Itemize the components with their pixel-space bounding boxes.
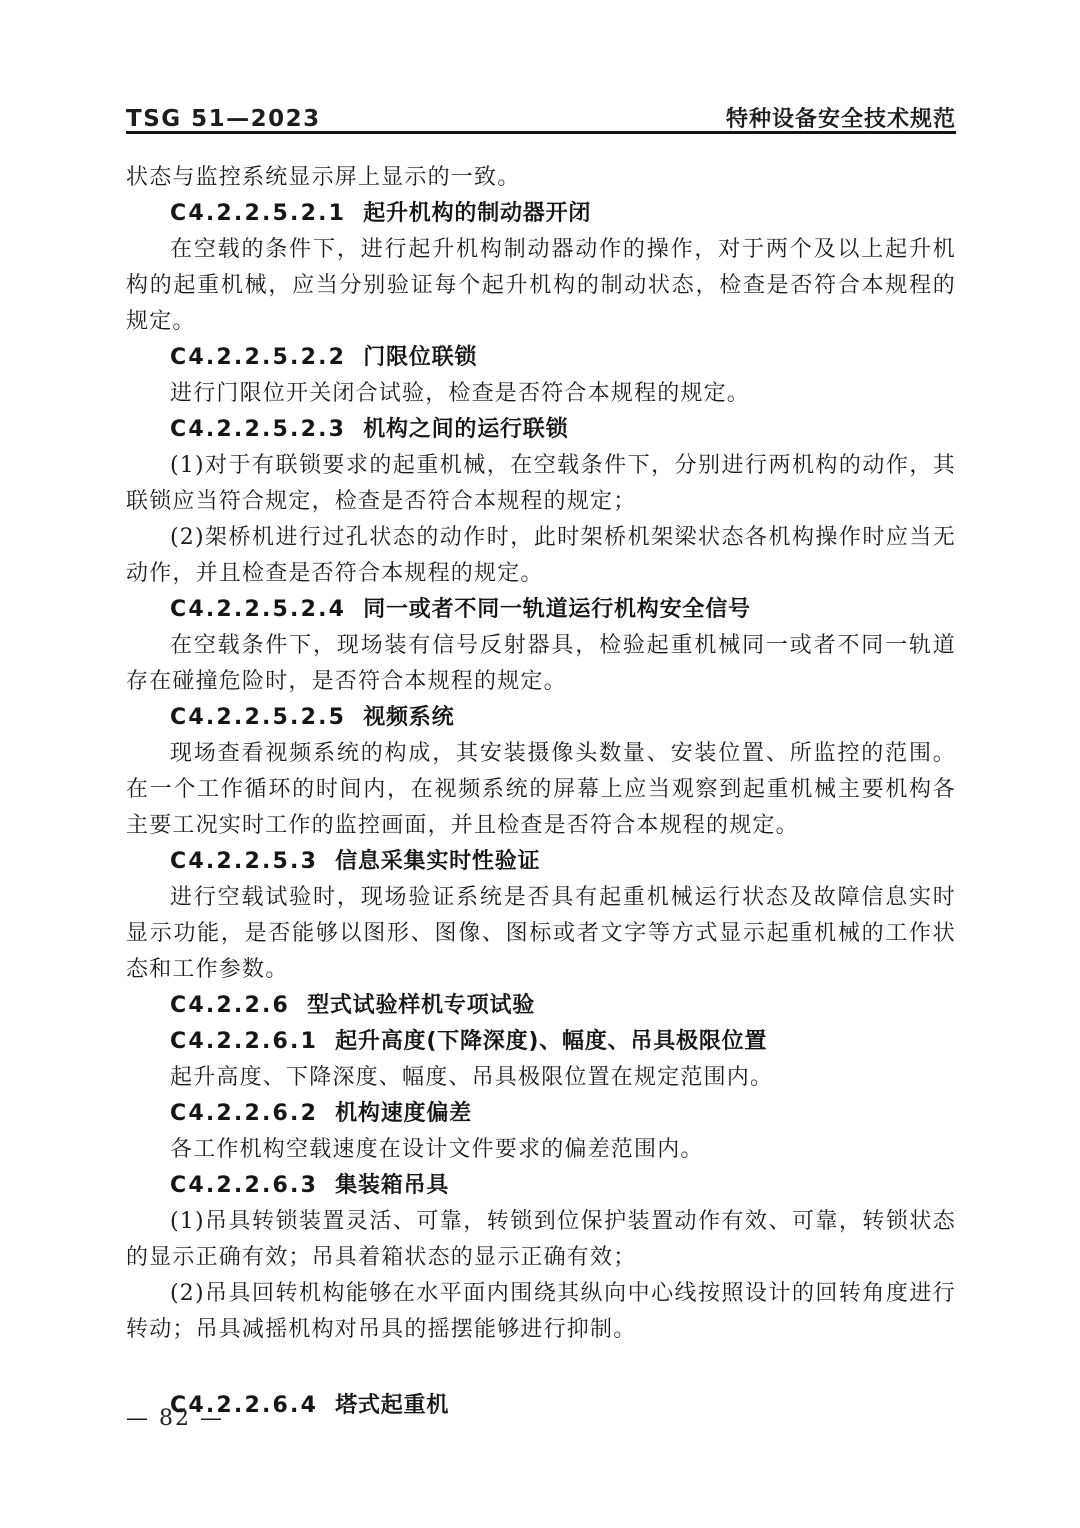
section-heading: C4.2.2.5.2.4同一或者不同一轨道运行机构安全信号 (126, 592, 956, 628)
section-title: 型式试验样机专项试验 (307, 993, 535, 1018)
section-heading: C4.2.2.6.3集装箱吊具 (126, 1168, 956, 1204)
paragraph: (1)吊具转锁装置灵活、可靠，转锁到位保护装置动作有效、可靠，转锁状态的显示正确… (126, 1204, 956, 1276)
section-number: C4.2.2.5.2.3 (170, 417, 346, 442)
section-heading: C4.2.2.6型式试验样机专项试验 (126, 988, 956, 1024)
paragraph: 进行空载试验时，现场验证系统是否具有起重机械运行状态及故障信息实时显示功能，是否… (126, 880, 956, 988)
header-rule (126, 131, 956, 134)
section-title: 机构之间的运行联锁 (363, 417, 568, 442)
section-number: C4.2.2.5.3 (170, 849, 318, 874)
section-number: C4.2.2.6.2 (170, 1101, 318, 1126)
section-number: C4.2.2.5.2.5 (170, 705, 346, 730)
section-title: 信息采集实时性验证 (335, 849, 540, 874)
section-heading: C4.2.2.6.1起升高度(下降深度)、幅度、吊具极限位置 (126, 1024, 956, 1060)
section-heading: C4.2.2.5.2.3机构之间的运行联锁 (126, 412, 956, 448)
paragraph: 起升高度、下降深度、幅度、吊具极限位置在规定范围内。 (126, 1060, 956, 1096)
paragraph: (1)对于有联锁要求的起重机械，在空载条件下，分别进行两机构的动作，其联锁应当符… (126, 448, 956, 520)
section-title: 起升机构的制动器开闭 (363, 201, 591, 226)
section-number: C4.2.2.5.2.2 (170, 345, 346, 370)
section-heading: C4.2.2.6.2机构速度偏差 (126, 1096, 956, 1132)
section-title: 视频系统 (363, 705, 454, 730)
section-number: C4.2.2.6.3 (170, 1173, 318, 1198)
section-heading: C4.2.2.5.2.1起升机构的制动器开闭 (126, 196, 956, 232)
section-title: 起升高度(下降深度)、幅度、吊具极限位置 (335, 1029, 767, 1054)
section-heading: C4.2.2.5.2.2门限位联锁 (126, 340, 956, 376)
section-heading: C4.2.2.5.3信息采集实时性验证 (126, 844, 956, 880)
paragraph: 在空载的条件下，进行起升机构制动器动作的操作，对于两个及以上起升机构的起重机械，… (126, 232, 956, 340)
paragraph: 状态与监控系统显示屏上显示的一致。 (126, 160, 956, 196)
section-title: 塔式起重机 (335, 1393, 449, 1418)
paragraph: (2)架桥机进行过孔状态的动作时，此时架桥机架梁状态各机构操作时应当无动作，并且… (126, 520, 956, 592)
section-title: 机构速度偏差 (335, 1101, 472, 1126)
section-title: 门限位联锁 (363, 345, 477, 370)
section-title: 同一或者不同一轨道运行机构安全信号 (363, 597, 751, 622)
page-number: — 82 — (126, 1406, 224, 1431)
document-page: TSG 51—2023 特种设备安全技术规范 状态与监控系统显示屏上显示的一致。… (0, 0, 1080, 1528)
section-number: C4.2.2.5.2.1 (170, 201, 346, 226)
page-header: TSG 51—2023 特种设备安全技术规范 (126, 102, 956, 133)
paragraph: 进行门限位开关闭合试验，检查是否符合本规程的规定。 (126, 376, 956, 412)
paragraph: 在空载条件下，现场装有信号反射器具，检验起重机械同一或者不同一轨道存在碰撞危险时… (126, 628, 956, 700)
section-number: C4.2.2.6 (170, 993, 290, 1018)
section-heading: C4.2.2.5.2.5视频系统 (126, 700, 956, 736)
paragraph: (2)吊具回转机构能够在水平面内围绕其纵向中心线按照设计的回转角度进行转动；吊具… (126, 1276, 956, 1348)
doc-title: 特种设备安全技术规范 (726, 102, 956, 133)
section-number: C4.2.2.6.1 (170, 1029, 318, 1054)
doc-code: TSG 51—2023 (126, 106, 321, 132)
document-body: 状态与监控系统显示屏上显示的一致。C4.2.2.5.2.1起升机构的制动器开闭在… (126, 160, 956, 1424)
paragraph: 各工作机构空载速度在设计文件要求的偏差范围内。 (126, 1132, 956, 1168)
section-title: 集装箱吊具 (335, 1173, 449, 1198)
section-number: C4.2.2.5.2.4 (170, 597, 346, 622)
paragraph: 现场查看视频系统的构成，其安装摄像头数量、安装位置、所监控的范围。在一个工作循环… (126, 736, 956, 844)
section-heading: C4.2.2.6.4塔式起重机 (126, 1388, 956, 1424)
